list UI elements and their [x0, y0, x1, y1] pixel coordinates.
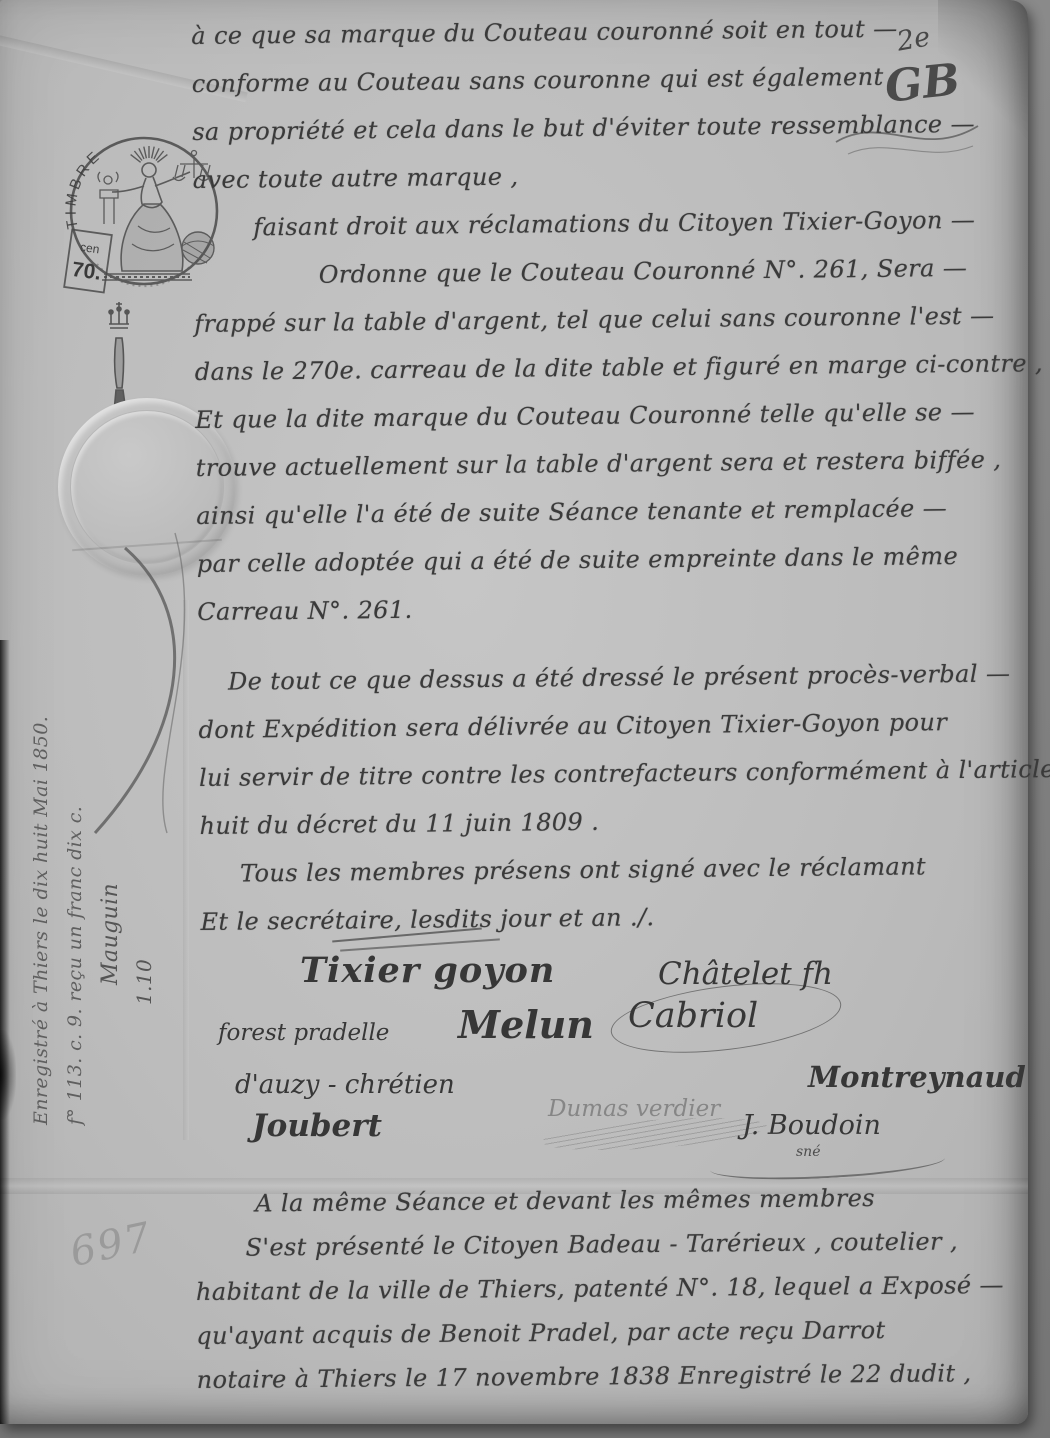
margin-note-line: f° 113. c. 9. reçu un franc dix c.: [64, 465, 98, 1125]
binding-shadow: [0, 1030, 16, 1120]
text-line: avec toute autre marque ,: [193, 157, 1013, 214]
stamp-value-unit: cen: [79, 240, 100, 257]
text-line: conforme au Couteau sans couronne qui es…: [192, 61, 1012, 118]
text-line: Ordonne que le Couteau Couronné N°. 261,…: [319, 253, 1014, 308]
stamp-arc-label: TIMBRE: [62, 146, 105, 230]
text-line: notaire à Thiers le 17 novembre 1838 Enr…: [197, 1359, 1017, 1410]
signature: J. Boudoin: [742, 1110, 881, 1141]
registration-margin-note: Enregistré à Thiers le dix huit Mai 1850…: [30, 465, 166, 1125]
margin-note-fee: 1.10: [132, 465, 166, 1005]
text-line: huit du décret du 11 juin 1809 .: [199, 803, 1019, 860]
main-text-block: à ce que sa marque du Couteau couronné s…: [191, 13, 1021, 956]
text-line: qu'ayant acquis de Benoit Pradel, par ac…: [196, 1315, 1016, 1366]
signature: Dumas verdier: [548, 1096, 720, 1122]
text-line: dont Expédition sera délivrée au Citoyen…: [198, 707, 1018, 764]
text-line: à ce que sa marque du Couteau couronné s…: [191, 13, 1011, 70]
text-line: S'est présenté le Citoyen Badeau - Tarér…: [245, 1227, 1015, 1278]
signature: Melun: [458, 1002, 594, 1047]
text-line: habitant de la ville de Thiers, patenté …: [196, 1271, 1016, 1322]
text-line: trouve actuellement sur la table d'argen…: [196, 445, 1016, 502]
signature: Joubert: [252, 1108, 382, 1144]
margin-note-signature: Mauguin: [98, 465, 132, 985]
text-line: De tout ce que dessus a été dressé le pr…: [228, 659, 1018, 715]
text-line: A la même Séance et devant les mêmes mem…: [255, 1183, 1015, 1234]
scan-background: TIMBRE cen 70.: [0, 0, 1050, 1438]
text-line: dans le 270e. carreau de la dite table e…: [195, 349, 1015, 406]
document-page: TIMBRE cen 70.: [0, 0, 1028, 1424]
closing-text-block: A la même Séance et devant les mêmes mem…: [195, 1183, 1017, 1410]
text-line: Carreau N°. 261.: [197, 589, 1017, 646]
signature: Tixier goyon: [300, 950, 555, 991]
stamp-value: 70.: [70, 258, 102, 285]
signature: d'auzy - chrétien: [235, 1070, 455, 1100]
text-line: Et que la dite marque du Couteau Couronn…: [195, 397, 1015, 454]
text-line: par celle adoptée qui a été de suite emp…: [197, 541, 1017, 598]
text-line: faisant droit aux réclamations du Citoye…: [253, 205, 1013, 261]
text-line: ainsi qu'elle l'a été de suite Séance te…: [196, 493, 1016, 550]
text-line: frappé sur la table d'argent, tel que ce…: [194, 301, 1014, 358]
signature: Montreynaud: [808, 1060, 1026, 1094]
pencil-number: 697: [66, 1214, 156, 1276]
signature: Cabriol: [628, 996, 758, 1036]
signature-flourish: [709, 1144, 945, 1184]
signature: forest pradelle: [218, 1020, 389, 1046]
text-line: lui servir de titre contre les contrefac…: [199, 755, 1019, 812]
margin-note-line: Enregistré à Thiers le dix huit Mai 1850…: [30, 465, 64, 1125]
text-line: Tous les membres présens ont signé avec …: [240, 851, 1020, 907]
svg-text:TIMBRE: TIMBRE: [62, 146, 105, 230]
signatures-block: Tixier goyon Châtelet fh forest pradelle…: [190, 938, 1030, 1190]
text-line: sa propriété et cela dans le but d'évite…: [192, 109, 1012, 166]
